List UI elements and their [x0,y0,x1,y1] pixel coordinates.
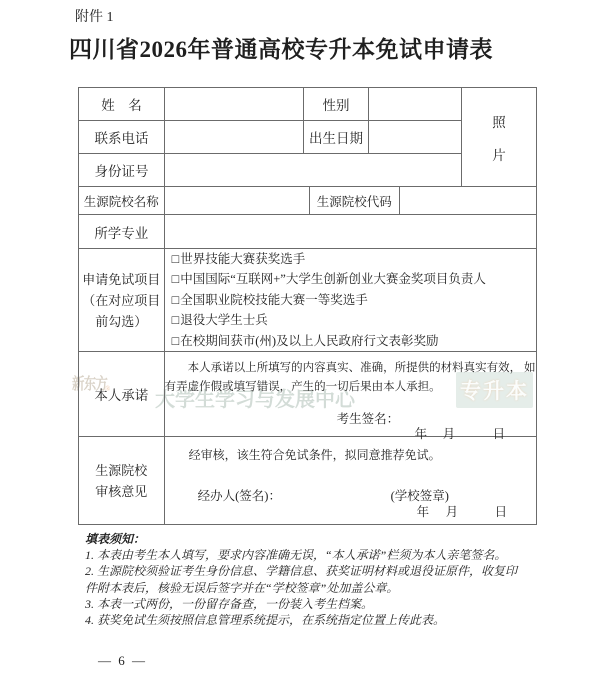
exemption-option-label: 退役大学生士兵 [180,313,268,327]
document-content: 附件 1 四川省2026年普通高校专升本免试申请表 姓 名 性别 联系电话 出生… [0,0,592,685]
photo-label-bottom: 片 [492,144,506,164]
commitment-content: 本人承诺以上所填写的内容真实、准确，所提供的材料真实有效， 如 有弄虚作假或填写… [165,352,536,436]
commitment-label: 本人承诺 [79,352,165,436]
checkbox-icon: □ [172,272,180,286]
exemption-option: □退役大学生士兵 [172,310,268,331]
notes-section: 填表须知： 1. 本表由考生本人填写，要求内容准确无误，“本人承诺”栏须为本人亲… [85,531,555,628]
id-number-label: 身份证号 [79,154,165,186]
month-label: 月 [446,502,459,520]
table-row-phone-birth: 联系电话 出生日期 [79,121,461,154]
table-row-school: 生源院校名称 生源院校代码 [79,187,536,215]
note-item: 1. 本表由考生本人填写，要求内容准确无误，“本人承诺”栏须为本人亲笔签名。 [85,547,555,563]
name-label: 姓 名 [79,88,165,120]
review-opinion-text: 经审核，该生符合免试条件，拟同意推荐免试。 [165,447,536,463]
major-label: 所学专业 [79,215,165,248]
exemption-option-label: 世界技能大赛获奖选手 [180,252,305,266]
school-name-label: 生源院校名称 [79,187,165,214]
exemption-label-line: 前勾选） [95,311,147,332]
exemption-option: □全国职业院校技能大赛一等奖选手 [172,290,368,311]
day-label: 日 [495,502,508,520]
table-row-review: 生源院校 审核意见 经审核，该生符合免试条件，拟同意推荐免试。 经办人(签名)：… [79,437,536,524]
checkbox-icon: □ [172,334,180,348]
name-value-cell [165,88,304,120]
form-title: 四川省2026年普通高校专升本免试申请表 [0,31,562,64]
review-content: 经审核，该生符合免试条件，拟同意推荐免试。 经办人(签名)： (学校签章) 年 … [165,437,536,524]
candidate-signature-label: 考生签名： [337,409,400,427]
exemption-option: □在校期间获市(州)及以上人民政府行文表彰奖励 [172,331,439,352]
checkbox-icon: □ [172,252,180,266]
exemption-option-label: 中国国际“互联网+”大学生创新创业大赛金奖项目负责人 [180,272,486,286]
attachment-label: 附件 1 [75,6,114,26]
table-row-exemption: 申请免试项目 （在对应项目 前勾选） □世界技能大赛获奖选手 □中国国际“互联网… [79,249,536,352]
phone-value-cell [165,121,304,153]
exemption-options-list: □世界技能大赛获奖选手 □中国国际“互联网+”大学生创新创业大赛金奖项目负责人 … [165,249,536,351]
commitment-text: 本人承诺以上所填写的内容真实、准确，所提供的材料真实有效， 如 有弄虚作假或填写… [165,359,536,397]
school-name-value-cell [165,187,310,214]
id-number-value-cell [165,154,461,186]
document-page: 新东方 ® 大学生学习与发展中心 专升本 附件 1 四川省2026年普通高校专升… [0,0,592,685]
birth-date-value-cell [369,121,461,153]
photo-box: 照 片 [462,88,536,186]
phone-label: 联系电话 [79,121,165,153]
gender-label: 性别 [304,88,369,120]
application-form-table: 姓 名 性别 联系电话 出生日期 身份证号 [78,87,537,525]
review-label: 生源院校 审核意见 [79,437,165,524]
gender-value-cell [369,88,461,120]
exemption-label: 申请免试项目 （在对应项目 前勾选） [79,249,165,351]
table-row-name-gender: 姓 名 性别 [79,88,461,121]
exemption-label-line: （在对应项目 [82,290,160,311]
note-item: 2. 生源院校须验证考生身份信息、学籍信息、获奖证明材料或退役证原件，收复印 件… [85,563,555,595]
school-code-value-cell [400,187,536,214]
table-row-commitment: 本人承诺 本人承诺以上所填写的内容真实、准确，所提供的材料真实有效， 如 有弄虚… [79,352,536,437]
checkbox-icon: □ [172,313,180,327]
basic-info-section: 姓 名 性别 联系电话 出生日期 身份证号 [79,88,536,187]
handler-signature-label: 经办人(签名)： [198,486,281,504]
exemption-option: □中国国际“互联网+”大学生创新创业大赛金奖项目负责人 [172,269,486,290]
table-row-id-number: 身份证号 [79,154,461,186]
year-label: 年 [417,502,430,520]
exemption-label-line: 申请免试项目 [82,269,160,290]
table-row-major: 所学专业 [79,215,536,249]
exemption-option: □世界技能大赛获奖选手 [172,249,306,270]
checkbox-icon: □ [172,293,180,307]
page-number: — 6 — [98,653,147,669]
review-label-line: 审核意见 [95,481,147,502]
note-item: 3. 本表一式两份，一份留存备查，一份装入考生档案。 [85,596,555,612]
birth-date-label: 出生日期 [304,121,369,153]
school-code-label: 生源院校代码 [310,187,400,214]
basic-info-left-block: 姓 名 性别 联系电话 出生日期 身份证号 [79,88,462,186]
exemption-option-label: 全国职业院校技能大赛一等奖选手 [180,293,368,307]
review-label-line: 生源院校 [95,460,147,481]
exemption-option-label: 在校期间获市(州)及以上人民政府行文表彰奖励 [180,334,438,348]
photo-label-top: 照 [492,111,506,131]
notes-heading: 填表须知： [85,531,555,547]
note-item: 4. 获奖免试生须按照信息管理系统提示，在系统指定位置上传此表。 [85,612,555,628]
major-value-cell [165,215,536,248]
